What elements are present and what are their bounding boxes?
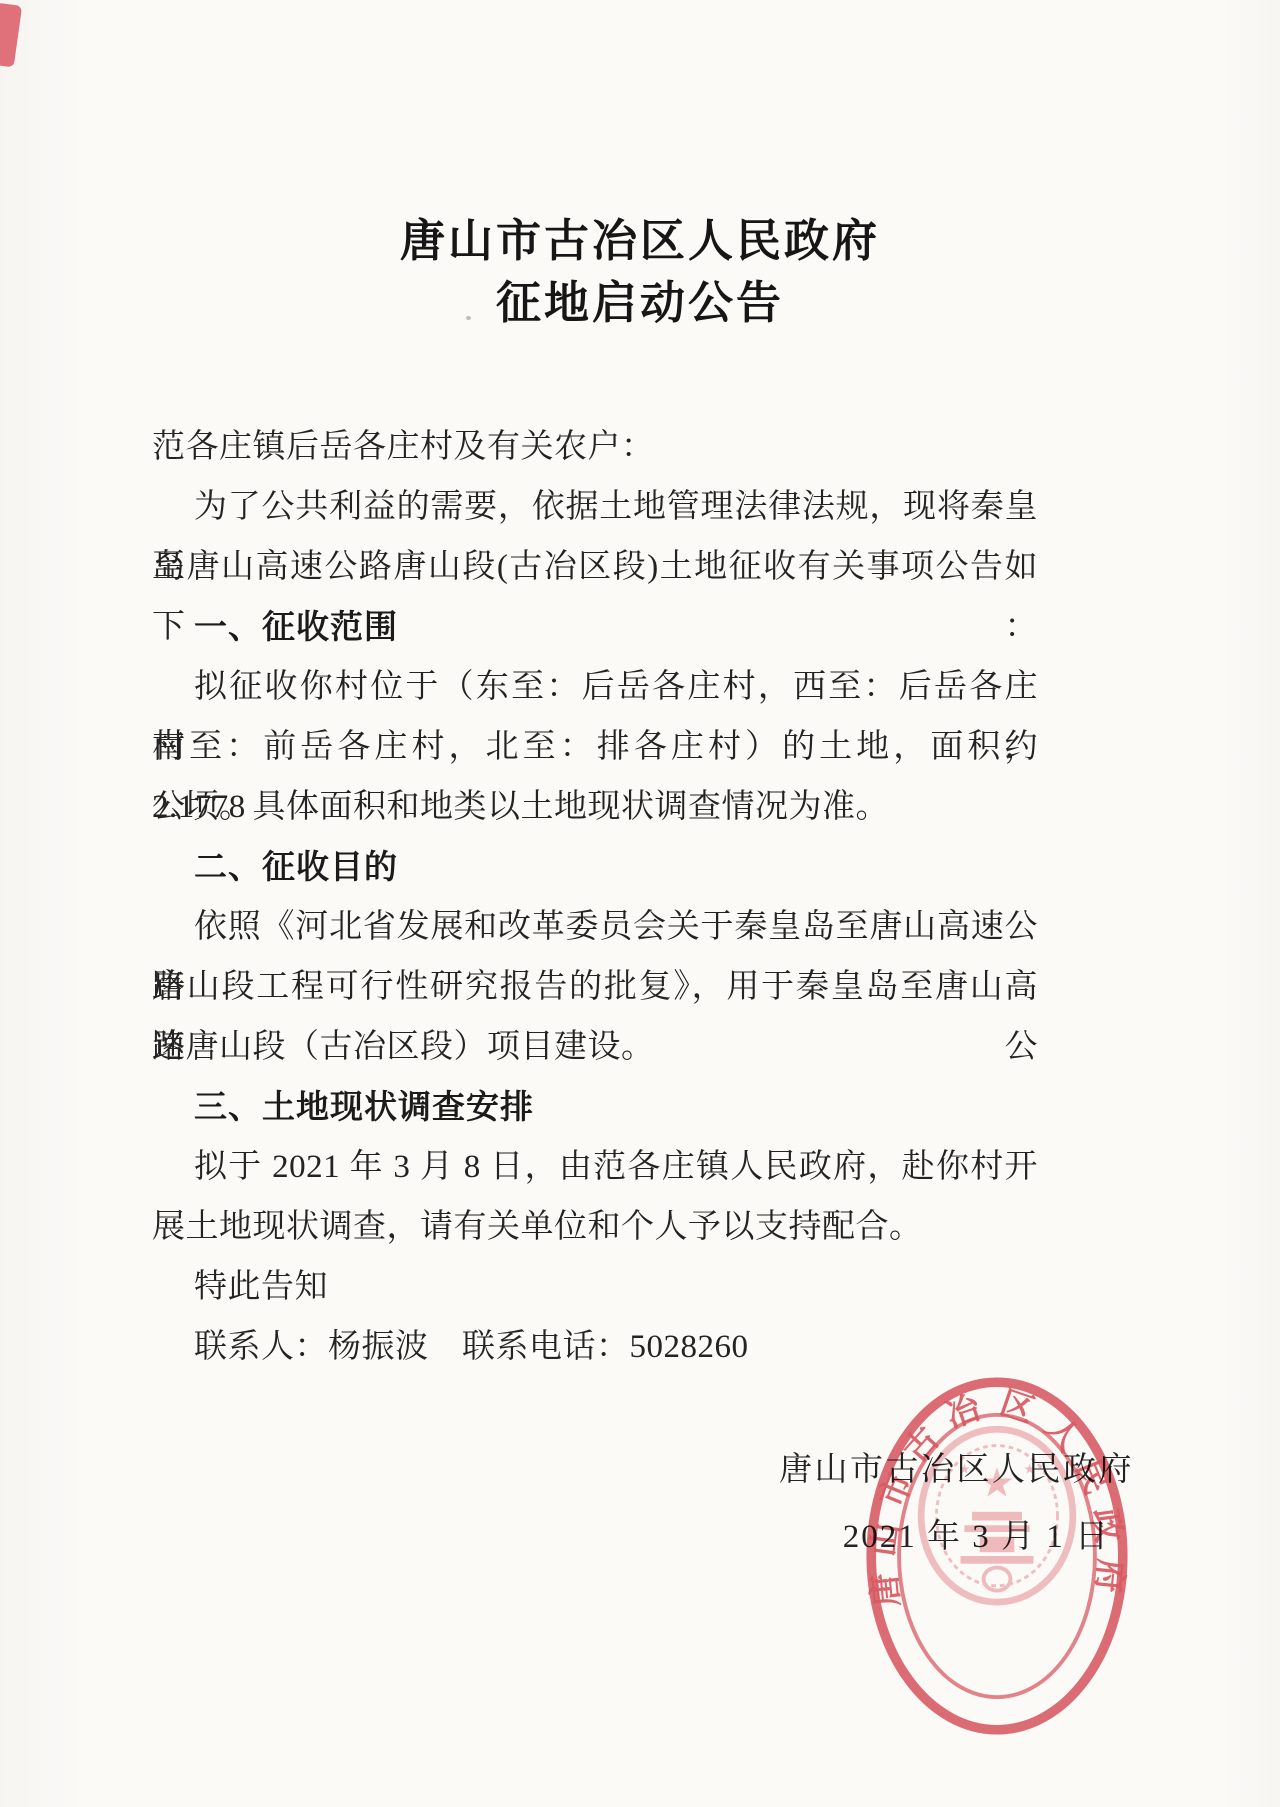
body-line: 至唐山高速公路唐山段(古冶区段)土地征收有关事项公告如下：	[152, 537, 1038, 597]
announcement-page: 唐山市古冶区人民政府 征地启动公告 范各庄镇后岳各庄村及有关农户： 为了公共利益…	[0, 0, 1280, 1807]
body-line: 唐山段工程可行性研究报告的批复》，用于秦皇岛至唐山高速公	[152, 957, 1038, 1017]
svg-text:★: ★	[979, 1459, 1015, 1506]
title-line-2: 征地启动公告	[0, 272, 1280, 334]
body-line: 拟征收你村位于（东至：后岳各庄村，西至：后岳各庄村，	[152, 657, 1038, 717]
scan-red-corner-mark	[0, 2, 22, 67]
salutation: 范各庄镇后岳各庄村及有关农户：	[152, 417, 1038, 477]
section-heading-3: 三、土地现状调查安排	[152, 1077, 1038, 1137]
national-emblem-icon: ★ ★ ★	[921, 1429, 1073, 1602]
official-seal: ★ ★ ★ 唐山市古冶区人民政府	[853, 1360, 1141, 1752]
document-title: 唐山市古冶区人民政府 征地启动公告	[0, 210, 1280, 334]
document-body: 范各庄镇后岳各庄村及有关农户： 为了公共利益的需要，依据土地管理法律法规，现将秦…	[152, 417, 1038, 1377]
body-line: 南至：前岳各庄村，北至：排各庄村）的土地，面积约 2.1778	[152, 717, 1038, 777]
closing-note: 特此告知	[152, 1257, 1038, 1317]
body-line: 展土地现状调查，请有关单位和个人予以支持配合。	[152, 1197, 1038, 1257]
svg-text:★: ★	[1024, 1462, 1036, 1477]
section-heading-2: 二、征收目的	[152, 837, 1038, 897]
body-line: 拟于 2021 年 3 月 8 日，由范各庄镇人民政府，赴你村开	[152, 1137, 1038, 1197]
body-line: 公顷。具体面积和地类以土地现状调查情况为准。	[152, 777, 1038, 837]
body-line: 为了公共利益的需要，依据土地管理法律法规，现将秦皇岛	[152, 477, 1038, 537]
title-line-1: 唐山市古冶区人民政府	[0, 210, 1280, 272]
body-line: 依照《河北省发展和改革委员会关于秦皇岛至唐山高速公路	[152, 897, 1038, 957]
svg-text:★: ★	[958, 1462, 970, 1477]
